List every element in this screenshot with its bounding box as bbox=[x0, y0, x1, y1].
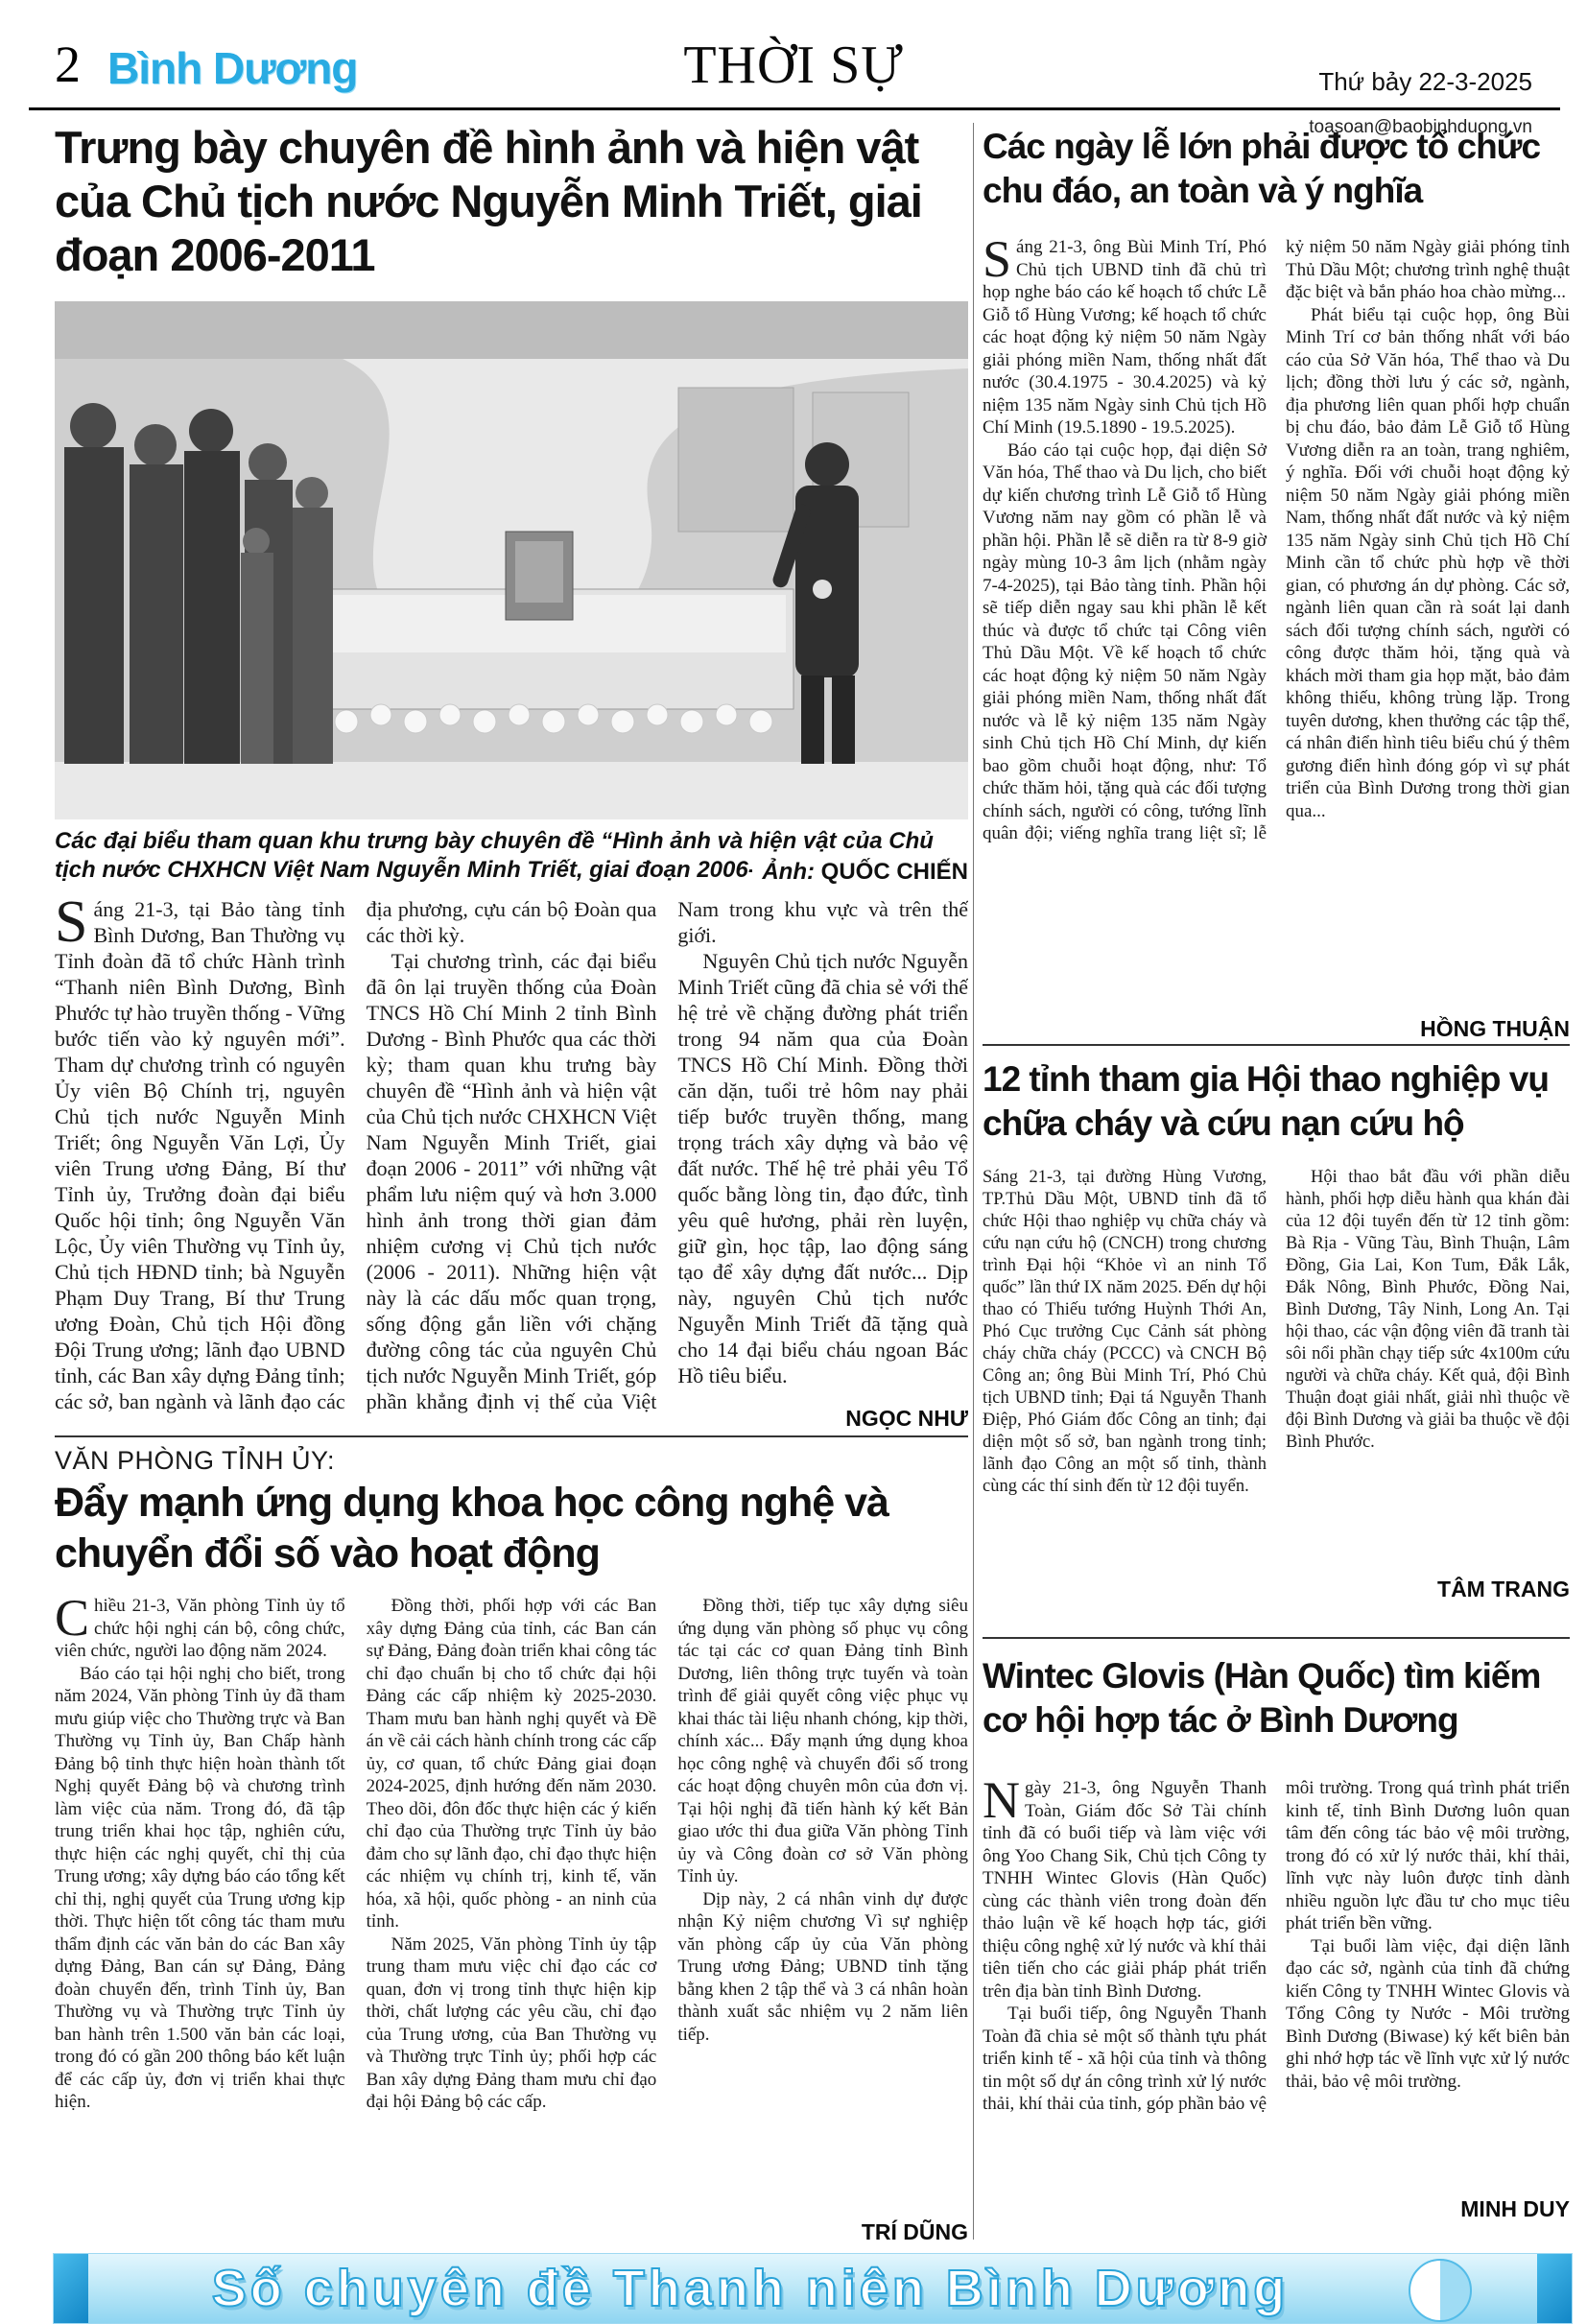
paragraph: Dịp này, 2 cá nhân vinh dự được nhận Kỷ … bbox=[677, 1888, 968, 2047]
paragraph: Nguyên Chủ tịch nước Nguyễn Minh Triết c… bbox=[677, 948, 968, 1388]
column-divider bbox=[973, 123, 974, 2240]
paragraph: Năm 2025, Văn phòng Tỉnh ủy tập trung th… bbox=[367, 1933, 657, 2114]
office-article-kicker: VĂN PHÒNG TỈNH ỦY: bbox=[55, 1447, 335, 1476]
firefight-article-title: 12 tỉnh tham gia Hội thao nghiệp vụ chữa… bbox=[983, 1057, 1570, 1146]
wintec-article-title: Wintec Glovis (Hàn Quốc) tìm kiếm cơ hội… bbox=[983, 1654, 1570, 1743]
office-article-body: Chiều 21-3, Văn phòng Tỉnh ủy tổ chức hộ… bbox=[55, 1595, 968, 2243]
exhibit-photo bbox=[55, 301, 968, 819]
paragraph: Phát biểu tại cuộc họp, ông Bùi Minh Trí… bbox=[1286, 304, 1570, 823]
office-article-title: Đẩy mạnh ứng dụng khoa học công nghệ và … bbox=[55, 1478, 968, 1579]
banner-left-block bbox=[54, 2254, 88, 2323]
paragraph: Đồng thời, tiếp tục xây dựng siêu ứng dụ… bbox=[677, 1595, 968, 1888]
paragraph: Đồng thời, phối hợp với các Ban xây dựng… bbox=[367, 1595, 657, 1933]
section-rule bbox=[55, 1435, 968, 1437]
main-article-title: Trưng bày chuyên đề hình ảnh và hiện vật… bbox=[55, 121, 968, 282]
section-rule bbox=[983, 1044, 1570, 1046]
paragraph: Tại buổi làm việc, đại diện lãnh đạo các… bbox=[1286, 1935, 1570, 2094]
office-article-byline: TRÍ DŨNG bbox=[852, 2219, 968, 2243]
footer-banner-text: Số chuyên đề Thanh niên Bình Dương bbox=[111, 2258, 1389, 2319]
main-article-body: Sáng 21-3, tại Bảo tàng tỉnh Bình Dương,… bbox=[55, 896, 968, 1430]
firefight-article-body: Sáng 21-3, tại đường Hùng Vương, TP.Thủ … bbox=[983, 1167, 1570, 1601]
section-rule bbox=[983, 1637, 1570, 1639]
exhibit-photo-illustration bbox=[55, 301, 968, 819]
newspaper-page: 2 Bình Dương THỜI SỰ Thứ bảy 22-3-2025 t… bbox=[0, 0, 1587, 2324]
holidays-article-body: Sáng 21-3, ông Bùi Minh Trí, Phó Chủ tịc… bbox=[983, 236, 1570, 1040]
banner-circle-ornament bbox=[1409, 2259, 1472, 2322]
paragraph: Báo cáo tại hội nghị cho biết, trong năm… bbox=[55, 1663, 345, 2114]
paragraph: Hội thao bắt đầu với phần diễu hành, phố… bbox=[1286, 1167, 1570, 1454]
footer-banner: Số chuyên đề Thanh niên Bình Dương bbox=[53, 2253, 1573, 2324]
holidays-article-byline: HỒNG THUẬN bbox=[1410, 1016, 1570, 1040]
wintec-article-body: Ngày 21-3, ông Nguyễn Thanh Toàn, Giám đ… bbox=[983, 1777, 1570, 2220]
banner-right-block bbox=[1537, 2254, 1572, 2323]
wintec-article-byline: MINH DUY bbox=[1451, 2196, 1570, 2220]
photo-caption: Các đại biểu tham quan khu trưng bày chu… bbox=[55, 827, 968, 887]
paragraph: Ngày 21-3, ông Nguyễn Thanh Toàn, Giám đ… bbox=[983, 1777, 1267, 2003]
paragraph: Chiều 21-3, Văn phòng Tỉnh ủy tổ chức hộ… bbox=[55, 1595, 345, 1663]
paragraph: Sáng 21-3, ông Bùi Minh Trí, Phó Chủ tịc… bbox=[983, 236, 1267, 439]
header-rule bbox=[29, 107, 1560, 110]
main-article-byline: NGỌC NHƯ bbox=[836, 1406, 968, 1430]
holidays-article-title: Các ngày lễ lớn phải được tổ chức chu đá… bbox=[983, 125, 1570, 213]
paragraph: Sáng 21-3, tại đường Hùng Vương, TP.Thủ … bbox=[983, 1167, 1267, 1498]
firefight-article-byline: TÂM TRANG bbox=[1428, 1577, 1570, 1601]
photo-credit: Ảnh: QUỐC CHIẾN bbox=[752, 858, 968, 887]
issue-date: Thứ bảy 22-3-2025 bbox=[1318, 69, 1532, 94]
